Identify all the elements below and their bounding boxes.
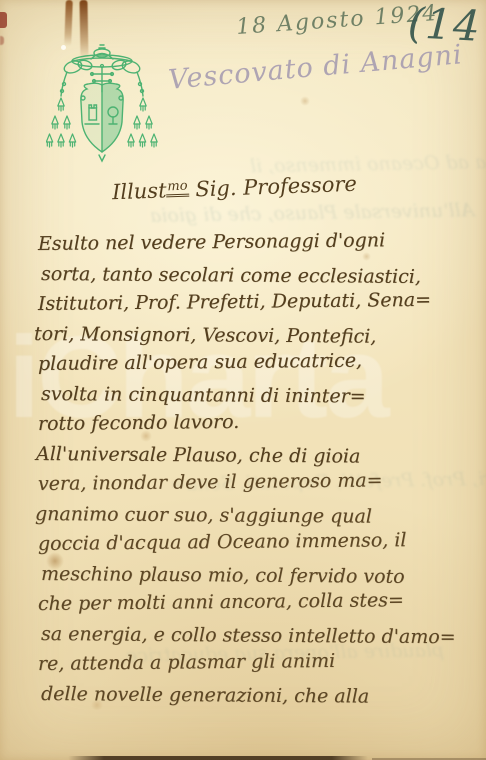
ink-showthrough: goccia d'acqua ad Oceano immenso, il xyxy=(250,149,486,177)
letter-line: Istitutori, Prof. Prefetti, Deputati, Se… xyxy=(38,288,482,323)
episcopal-coat-of-arms-icon xyxy=(46,40,158,175)
foxing-spot xyxy=(300,96,310,106)
letter-line: goccia d'acqua ad Oceano immenso, il xyxy=(38,528,482,563)
paper-bottom-edge xyxy=(68,756,368,760)
salutation-rest: Sig. Professore xyxy=(188,172,357,202)
letter-line: delle novelle generazioni, che alla xyxy=(41,683,482,716)
letter-salutation: Illustmo Sig. Professore xyxy=(112,172,358,205)
letter-line: re, attenda a plasmar gli animi xyxy=(38,648,482,683)
letter-line: rotto fecondo lavoro. xyxy=(38,408,482,443)
letter-line: che per molti anni ancora, colla stes= xyxy=(38,588,482,623)
provenance-annotation: Vescovato di Anagni xyxy=(167,39,464,96)
letter-scan-page: All'universale Plauso, che di gioia gocc… xyxy=(0,0,486,760)
ink-showthrough: All'universale Plauso, che di gioia xyxy=(150,199,475,227)
edge-mark xyxy=(0,12,7,28)
letter-line: Esulto nel vedere Personaggi d'ogni xyxy=(38,228,482,263)
letter-body: Esulto nel vedere Personaggi d'ogni sort… xyxy=(38,233,482,713)
salutation-prefix: Illust xyxy=(112,178,167,204)
letter-line: plaudire all'opera sua educatrice, xyxy=(38,348,482,383)
letter-line: vera, inondar deve il generoso ma= xyxy=(38,468,482,503)
salutation-superscript: mo xyxy=(166,179,189,198)
edge-mark xyxy=(0,36,4,45)
